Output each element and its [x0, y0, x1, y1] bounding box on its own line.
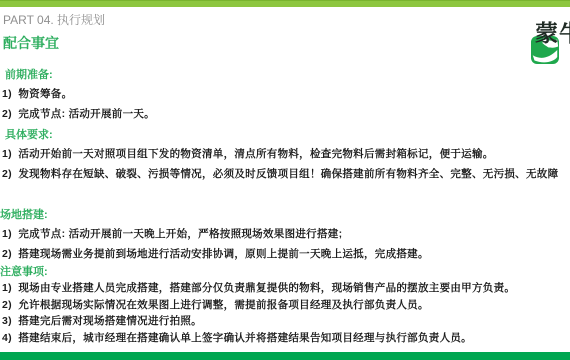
list-item: 3) 搭建完后需对现场搭建情况进行拍照。 — [2, 313, 202, 328]
list-item: 1) 完成节点: 活动开展前一天晚上开始，严格按照现场效果图进行搭建; — [2, 226, 342, 241]
list-item: 4) 搭建结束后，城市经理在搭建确认单上签字确认并将搭建结果告知项目经理与执行部… — [2, 330, 472, 345]
list-item: 2) 搭建现场需业务提前到场地进行活动安排协调，原则上提前一天晚上运抵，完成搭建… — [2, 246, 429, 261]
list-item: 1) 物资筹备。 — [2, 86, 72, 101]
section-heading-site-setup: 场地搭建: — [0, 206, 48, 222]
section-heading-preparation: 前期准备: — [5, 66, 53, 82]
part-title: PART 04. 执行规划 — [3, 11, 105, 28]
mengniu-logo-icon — [504, 18, 532, 46]
presentation-slide: PART 04. 执行规划 蒙牛 配合事宜 前期准备: 1) 物资筹备。 2) … — [0, 0, 570, 360]
brand-logo-text: 蒙牛 — [535, 15, 570, 48]
section-heading-requirements: 具体要求: — [5, 126, 53, 142]
brand-logo: 蒙牛 — [504, 15, 570, 48]
bottom-accent-bar — [0, 352, 570, 360]
list-item: 2) 允许根据现场实际情况在效果图上进行调整，需提前报备项目经理及执行部负责人员… — [2, 297, 429, 312]
list-item: 1) 活动开始前一天对照项目组下发的物资清单，清点所有物料，检查完物料后需封箱标… — [2, 146, 494, 161]
top-accent-bar — [0, 0, 570, 7]
list-item: 1) 现场由专业搭建人员完成搭建，搭建部分仅负责鼎复提供的物料，现场销售产品的摆… — [2, 280, 515, 295]
list-item: 2) 完成节点: 活动开展前一天。 — [2, 106, 155, 121]
section-heading-notes: 注意事项: — [0, 263, 48, 279]
page-title: 配合事宜 — [3, 33, 59, 53]
list-item: 2) 发现物料存在短缺、破裂、污损等情况，必须及时反馈项目组！确保搭建前所有物料… — [2, 166, 558, 181]
